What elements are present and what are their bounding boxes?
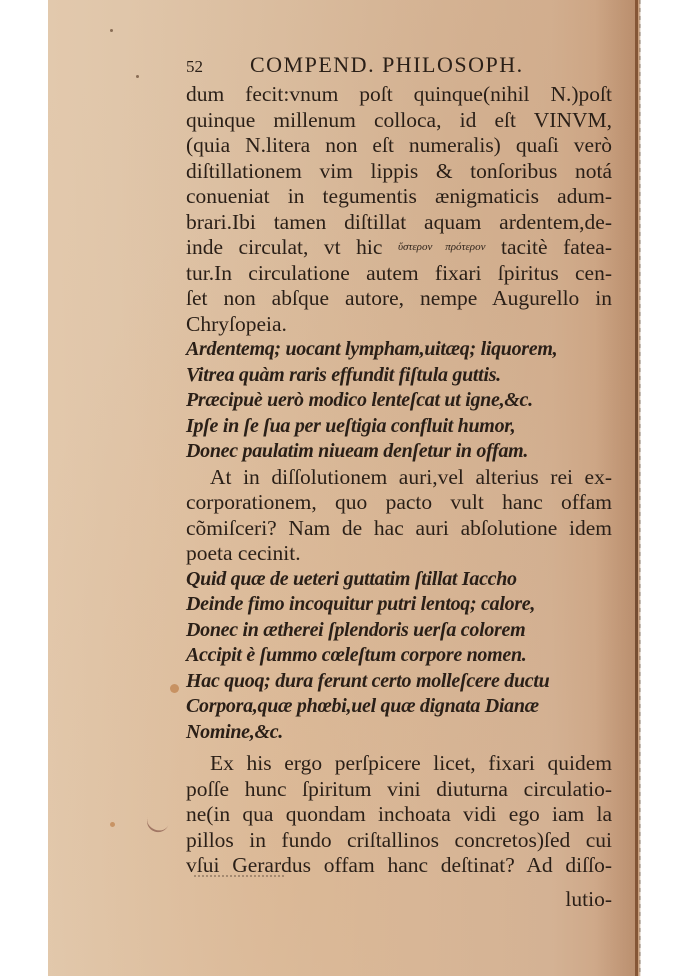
verse-line: Ardentemq; uocant lympham,uitæq; liquore…: [186, 337, 612, 363]
text-fragment: inde circulat, vt hic: [186, 235, 382, 259]
page-number: 52: [186, 57, 250, 77]
text-line: ſet non abſque autore, nempe Augurello i…: [186, 286, 612, 312]
verse-line: Præcipuè uerò modico lenteſcat ut igne,&…: [186, 388, 612, 414]
verse-line: Accipit è ſummo cœleſtum corpore nomen.: [186, 643, 612, 669]
catchword: lutio-: [186, 887, 612, 913]
text-line: pillos in fundo criſtallinos concretos)ſ…: [186, 828, 612, 854]
running-head: 52 COMPEND. PHILOSOPH.: [186, 52, 612, 82]
text-line: corporationem, quo pacto vult hanc offam: [186, 490, 612, 516]
text-line: brari.Ibi tamen diſtillat aquam ardentem…: [186, 210, 612, 236]
text-line: Ex his ergo perſpicere licet, fixari qui…: [186, 751, 612, 777]
text-line: (quia N.litera non eſt numeralis) quaſi …: [186, 133, 612, 159]
text-line: poſſe hunc ſpiritum vini diuturna circul…: [186, 777, 612, 803]
text-block: 52 COMPEND. PHILOSOPH. dum fecit:vnum po…: [186, 52, 612, 912]
verse-line: Corpora,quæ phœbi,uel quæ dignata Dianæ: [186, 694, 612, 720]
speck: [110, 29, 113, 32]
text-fragment: tacitè fatea-: [501, 235, 612, 259]
verse-line: Nomine,&c.: [186, 720, 612, 746]
running-title: COMPEND. PHILOSOPH.: [250, 52, 524, 78]
text-line: At in diſſolutionem auri,vel alterius re…: [186, 465, 612, 491]
verse-line: Ipſe in ſe ſua per ueſtigia confluit hum…: [186, 414, 612, 440]
binding-edge: [635, 0, 638, 976]
stain-spot: [170, 684, 179, 693]
greek-phrase: ὕστερον πρότερον: [398, 241, 486, 253]
verse-line: Deinde fimo incoquitur putri lentoq; cal…: [186, 592, 612, 618]
text-line: conueniat in tegumentis ænigmaticis adum…: [186, 184, 612, 210]
verse-line: Hac quoq; dura ferunt certo molleſcere d…: [186, 669, 612, 695]
speck: [136, 75, 139, 78]
text-line: ne(in qua quondam inchoata vidi ego iam …: [186, 802, 612, 828]
book-page: 52 COMPEND. PHILOSOPH. dum fecit:vnum po…: [48, 0, 640, 976]
text-line: quinque millenum colloca, id eſt VINVM,: [186, 108, 612, 134]
margin-mark: [144, 813, 170, 836]
text-line: vſui Gerardus offam hanc deſtinat? Ad di…: [186, 853, 612, 879]
text-line: tur.In circulatione autem fixari ſpiritu…: [186, 261, 612, 287]
page-edge: [639, 0, 641, 976]
text-line: cõmiſceri? Nam de hac auri abſolutione i…: [186, 516, 612, 542]
verse-line: Donec in ætherei ſplendoris uerſa colore…: [186, 618, 612, 644]
text-line-with-greek: inde circulat, vt hic ὕστερον πρότερον t…: [186, 235, 612, 261]
verse-line: Vitrea quàm raris effundit fiſtula gutti…: [186, 363, 612, 389]
verse-line: Donec paulatim niueam denſetur in offam.: [186, 439, 612, 465]
text-line: Chryſopeia.: [186, 312, 612, 338]
text-line: poeta cecinit.: [186, 541, 612, 567]
verse-line: Quid quæ de ueteri guttatim ſtillat Iacc…: [186, 567, 612, 593]
stain-spot: [110, 822, 115, 827]
text-line: diſtillationem vim lippis & tonſoribus n…: [186, 159, 612, 185]
text-line: dum fecit:vnum poſt quinque(nihil N.)poſ…: [186, 82, 612, 108]
